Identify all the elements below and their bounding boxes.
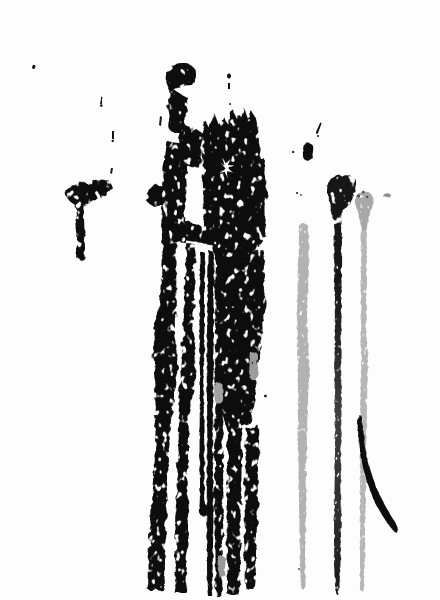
- fleck-dot-near-flag: [292, 151, 294, 153]
- drip-stripe-trunk-left: [227, 424, 242, 595]
- ink-drip-painting: [0, 0, 440, 600]
- left-bump: [146, 186, 170, 205]
- fleck-dot-right-of-trunk-b: [264, 395, 267, 398]
- fleck-dot-right-of-trunk-a: [255, 206, 257, 208]
- fleck-dot-bottom: [298, 568, 300, 570]
- fleck-dot-under-exclamation: [229, 103, 231, 105]
- drip-stripe-inner: [215, 240, 224, 596]
- trunk-upper: [202, 158, 267, 253]
- fleck-flag-blob: [302, 143, 313, 161]
- artwork-canvas: [0, 0, 440, 600]
- black-drip-stem: [334, 236, 342, 595]
- gray-patch-stripe-low: [218, 556, 225, 578]
- gray-patch-trunk-left: [214, 383, 223, 404]
- gray-patch-trunk-right: [249, 352, 258, 380]
